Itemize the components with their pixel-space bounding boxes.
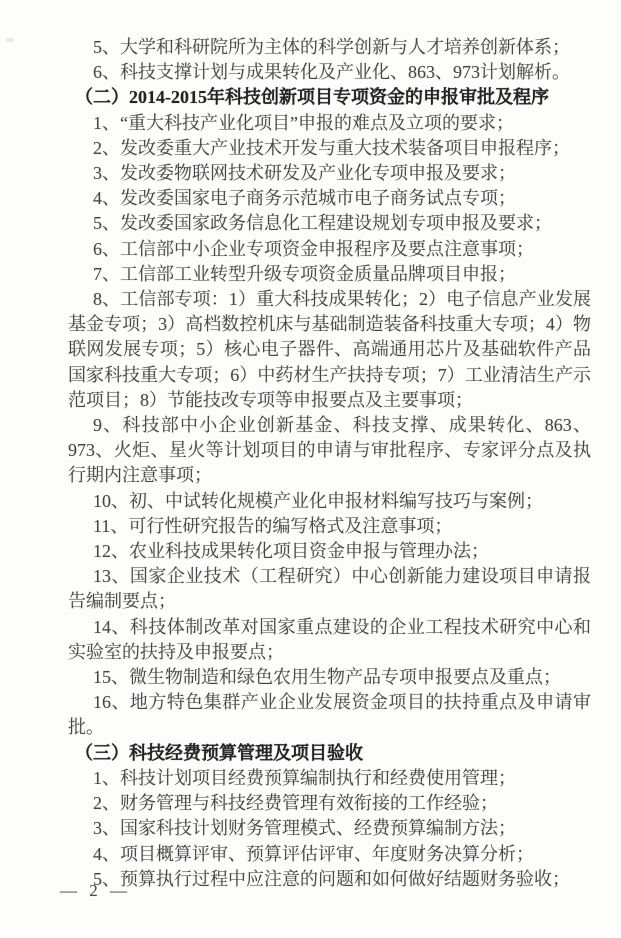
list-item: 1、“重大科技产业化项目”申报的难点及立项的要求； [68,111,591,136]
list-item: 4、项目概算评审、预算评估评审、年度财务决算分析； [68,842,591,867]
section-heading: （三）科技经费预算管理及项目验收 [68,741,591,766]
page-number: — 2 — [60,881,131,901]
list-item: 16、地方特色集群产业企业发展资金项目的扶持重点及申请审批。 [68,690,591,740]
list-item: 5、大学和科研院所为主体的科学创新与人才培养创新体系； [68,35,591,60]
list-item: 10、初、中试转化规模产业化申报材料编写技巧与案例； [68,489,591,514]
list-item: 6、工信部中小企业专项资金申报程序及要点注意事项； [68,237,591,262]
list-item: 13、国家企业技术（工程研究）中心创新能力建设项目申请报告编制要点； [68,564,591,614]
document-body: 5、大学和科研院所为主体的科学创新与人才培养创新体系；6、科技支撑计划与成果转化… [68,35,591,892]
list-item: 15、微生物制造和绿色农用生物产品专项申报要点及重点； [68,665,591,690]
list-item: 12、农业科技成果转化项目资金申报与管理办法； [68,539,591,564]
list-item: 7、工信部工业转型升级专项资金质量品牌项目申报； [68,262,591,287]
scanned-document-page: 5、大学和科研院所为主体的科学创新与人才培养创新体系；6、科技支撑计划与成果转化… [0,0,621,938]
list-item: 5、预算执行过程中应注意的问题和如何做好结题财务验收； [68,867,591,892]
list-item: 5、发改委国家政务信息化工程建设规划专项申报及要求； [68,211,591,236]
list-item: 4、发改委国家电子商务示范城市电子商务试点专项； [68,186,591,211]
list-item: 11、可行性研究报告的编写格式及注意事项； [68,514,591,539]
list-item: 8、工信部专项：1）重大科技成果转化；2）电子信息产业发展基金专项；3）高档数控… [68,287,591,413]
section-heading: （二）2014-2015年科技创新项目专项资金的申报审批及程序 [68,85,591,110]
list-item: 2、发改委重大产业技术开发与重大技术装备项目申报程序； [68,136,591,161]
list-item: 2、财务管理与科技经费管理有效衔接的工作经验； [68,791,591,816]
list-item: 9、科技部中小企业创新基金、科技支撑、成果转化、863、973、火炬、星火等计划… [68,413,591,489]
list-item: 1、科技计划项目经费预算编制执行和经费使用管理； [68,766,591,791]
list-item: 14、科技体制改革对国家重点建设的企业工程技术研究中心和实验室的扶持及申报要点； [68,615,591,665]
list-item: 3、国家科技计划财务管理模式、经费预算编制方法； [68,816,591,841]
list-item: 3、发改委物联网技术研发及产业化专项申报及要求； [68,161,591,186]
list-item: 6、科技支撑计划与成果转化及产业化、863、973计划解析。 [68,60,591,85]
scan-speck [6,38,14,42]
